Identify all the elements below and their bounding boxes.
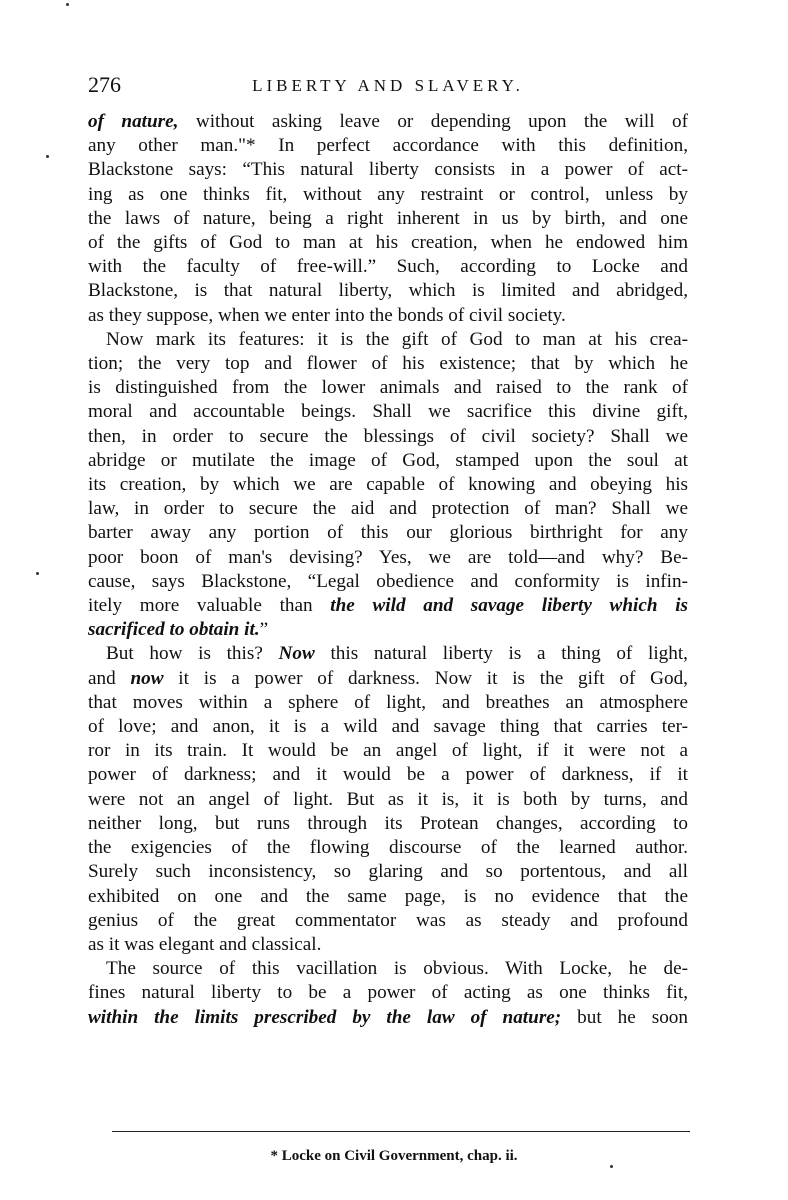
text-line: of the gifts of God to man at his creati… — [88, 231, 688, 255]
text-line: then, in order to secure the blessings o… — [88, 425, 688, 449]
scan-speck — [36, 572, 39, 575]
text-segment: this natural liberty is a thing of light… — [315, 643, 688, 664]
text-line: barter away any portion of this our glor… — [88, 521, 688, 545]
text-line: Surely such inconsistency, so glaring an… — [88, 860, 688, 884]
text-line: But how is this? Now this natural libert… — [88, 642, 688, 666]
text-segment: itely more valuable than — [88, 595, 330, 616]
text-line: sacrificed to obtain it.” — [88, 618, 688, 642]
text-line: Blackstone says: “This natural liberty c… — [88, 158, 688, 182]
text-segment: genius of the great commentator was as s… — [88, 910, 688, 931]
text-line: poor boon of man's devising? Yes, we are… — [88, 546, 688, 570]
text-line: of nature, without asking leave or depen… — [88, 110, 688, 134]
scan-speck — [66, 3, 69, 6]
text-segment: the exigencies of the flowing discourse … — [88, 837, 688, 858]
text-line: and now it is a power of darkness. Now i… — [88, 667, 688, 691]
text-segment: abridge or mutilate the image of God, st… — [88, 450, 688, 471]
italic-text: within the limits prescribed by the law … — [88, 1007, 561, 1028]
text-line: The source of this vacillation is obviou… — [88, 957, 688, 981]
body-text: of nature, without asking leave or depen… — [88, 110, 688, 1030]
italic-text: the wild and savage liberty which is — [330, 595, 688, 616]
text-line: moral and accountable beings. Shall we s… — [88, 400, 688, 424]
text-line: neither long, but runs through its Prote… — [88, 812, 688, 836]
text-segment: law, in order to secure the aid and prot… — [88, 498, 688, 519]
text-segment: with the faculty of free-will.” Such, ac… — [88, 256, 688, 277]
text-line: genius of the great commentator was as s… — [88, 909, 688, 933]
text-line: exhibited on one and the same page, is n… — [88, 885, 688, 909]
text-line: Now mark its features: it is the gift of… — [88, 328, 688, 352]
text-segment: that moves within a sphere of light, and… — [88, 692, 688, 713]
italic-text: now — [130, 668, 163, 689]
text-segment: any other man."* In perfect accordance w… — [88, 135, 688, 156]
text-line: its creation, by which we are capable of… — [88, 473, 688, 497]
text-segment: tion; the very top and flower of his exi… — [88, 353, 688, 374]
text-segment: ing as one thinks fit, without any restr… — [88, 184, 688, 205]
text-line: ing as one thinks fit, without any restr… — [88, 183, 688, 207]
italic-text: sacrificed to obtain it. — [88, 619, 260, 640]
text-line: any other man."* In perfect accordance w… — [88, 134, 688, 158]
book-page: 276 LIBERTY AND SLAVERY. of nature, with… — [0, 0, 788, 1200]
text-line: abridge or mutilate the image of God, st… — [88, 449, 688, 473]
text-line: were not an angel of light. But as it is… — [88, 788, 688, 812]
text-line: that moves within a sphere of light, and… — [88, 691, 688, 715]
scan-speck — [610, 1165, 613, 1168]
text-segment: but he soon — [561, 1007, 688, 1028]
scan-speck — [46, 155, 49, 158]
text-segment: were not an angel of light. But as it is… — [88, 789, 688, 810]
text-line: with the faculty of free-will.” Such, ac… — [88, 255, 688, 279]
text-segment: of the gifts of God to man at his creati… — [88, 232, 688, 253]
page-header: 276 LIBERTY AND SLAVERY. — [88, 72, 688, 102]
footnote: * Locke on Civil Government, chap. ii. — [0, 1148, 788, 1165]
text-segment: The source of this vacillation is obviou… — [106, 958, 688, 979]
text-segment: Blackstone says: “This natural liberty c… — [88, 159, 688, 180]
text-line: of love; and anon, it is a wild and sava… — [88, 715, 688, 739]
text-segment: and — [88, 668, 130, 689]
text-segment: power of darkness; and it would be a pow… — [88, 764, 688, 785]
text-segment: neither long, but runs through its Prote… — [88, 813, 688, 834]
text-segment: Blackstone, is that natural liberty, whi… — [88, 280, 688, 301]
text-segment: barter away any portion of this our glor… — [88, 522, 688, 543]
italic-text: Now — [279, 643, 315, 664]
footnote-rule — [112, 1131, 690, 1132]
running-title: LIBERTY AND SLAVERY. — [88, 76, 688, 96]
text-segment: is distinguished from the lower animals … — [88, 377, 688, 398]
text-line: the laws of nature, being a right inhere… — [88, 207, 688, 231]
text-line: itely more valuable than the wild and sa… — [88, 594, 688, 618]
text-line: tion; the very top and flower of his exi… — [88, 352, 688, 376]
text-segment: But how is this? — [106, 643, 279, 664]
text-segment: Surely such inconsistency, so glaring an… — [88, 861, 688, 882]
text-segment: exhibited on one and the same page, is n… — [88, 886, 688, 907]
text-segment: Now mark its features: it is the gift of… — [106, 329, 688, 350]
italic-text: of nature, — [88, 111, 178, 132]
text-segment: as it was elegant and classical. — [88, 934, 321, 955]
text-line: law, in order to secure the aid and prot… — [88, 497, 688, 521]
text-line: the exigencies of the flowing discourse … — [88, 836, 688, 860]
text-line: within the limits prescribed by the law … — [88, 1006, 688, 1030]
text-segment: cause, says Blackstone, “Legal obedience… — [88, 571, 688, 592]
text-segment: of love; and anon, it is a wild and sava… — [88, 716, 688, 737]
text-segment: its creation, by which we are capable of… — [88, 474, 688, 495]
text-segment: ” — [260, 619, 269, 640]
text-segment: ror in its train. It would be an angel o… — [88, 740, 688, 761]
text-segment: it is a power of darkness. Now it is the… — [164, 668, 688, 689]
text-line: cause, says Blackstone, “Legal obedience… — [88, 570, 688, 594]
text-line: as they suppose, when we enter into the … — [88, 304, 688, 328]
text-segment: poor boon of man's devising? Yes, we are… — [88, 547, 688, 568]
text-line: power of darkness; and it would be a pow… — [88, 763, 688, 787]
text-line: is distinguished from the lower animals … — [88, 376, 688, 400]
text-segment: fines natural liberty to be a power of a… — [88, 982, 688, 1003]
text-line: ror in its train. It would be an angel o… — [88, 739, 688, 763]
text-segment: the laws of nature, being a right inhere… — [88, 208, 688, 229]
text-segment: without asking leave or depending upon t… — [178, 111, 688, 132]
text-segment: as they suppose, when we enter into the … — [88, 305, 566, 326]
text-line: Blackstone, is that natural liberty, whi… — [88, 279, 688, 303]
text-segment: then, in order to secure the blessings o… — [88, 426, 688, 447]
text-line: fines natural liberty to be a power of a… — [88, 981, 688, 1005]
text-segment: moral and accountable beings. Shall we s… — [88, 401, 688, 422]
text-line: as it was elegant and classical. — [88, 933, 688, 957]
